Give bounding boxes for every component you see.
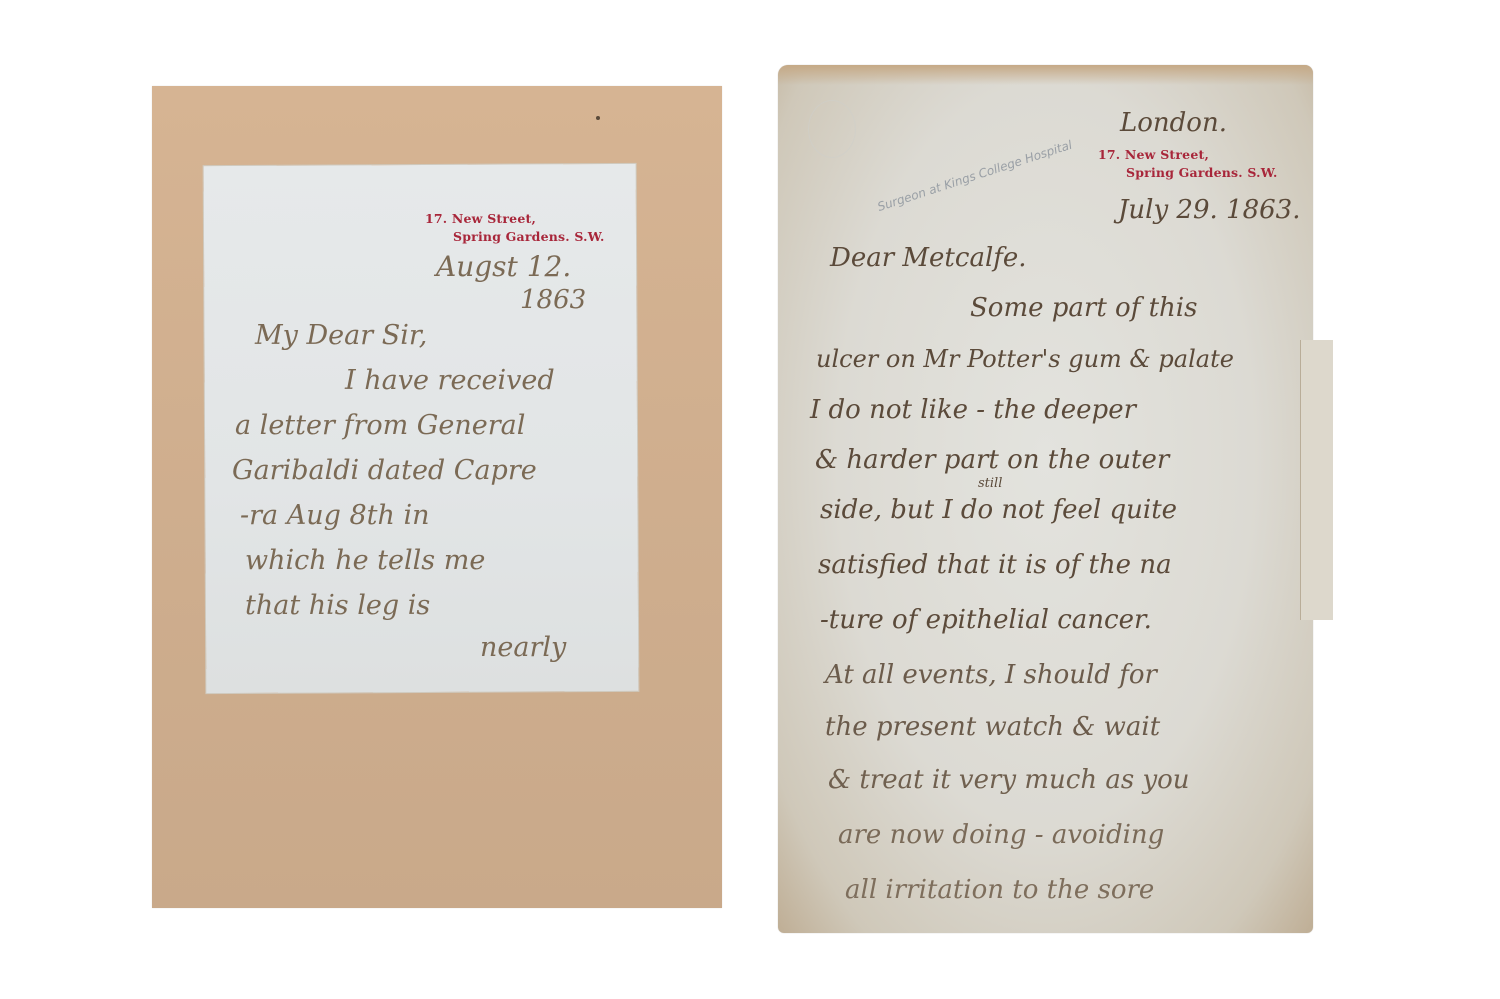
right-place: London. [1120, 108, 1227, 138]
insertion-still: still [978, 476, 1002, 491]
left-body-line: My Dear Sir, [255, 320, 427, 351]
right-letterhead: 17. New Street, Spring Gardens. S.W. [1098, 146, 1278, 182]
right-body-line: all irritation to the sore [845, 875, 1154, 905]
folded-edge [1300, 340, 1333, 620]
right-body-line: ulcer on Mr Potter's gum & palate [816, 345, 1234, 373]
right-body-line: At all events, I should for [825, 660, 1157, 690]
letterhead-line-1: 17. New Street, [1098, 146, 1278, 164]
speck [596, 116, 600, 120]
right-body-line: & treat it very much as you [828, 765, 1190, 795]
right-salutation: Dear Metcalfe. [830, 243, 1027, 273]
left-body-line: nearly [480, 632, 566, 663]
left-body-line: that his leg is [245, 590, 430, 621]
right-body-line: side, but I do not feel quite [820, 495, 1177, 525]
right-body-line: Some part of this [970, 293, 1197, 323]
left-date-line-2: 1863 [520, 285, 586, 315]
right-body-line: I do not like - the deeper [810, 395, 1136, 425]
left-body-line: I have received [345, 365, 555, 396]
left-body-line: Garibaldi dated Capre [232, 455, 537, 486]
right-date: July 29. 1863. [1118, 195, 1300, 225]
left-body-line: a letter from General [235, 410, 525, 441]
left-letterhead: 17. New Street, Spring Gardens. S.W. [425, 210, 605, 246]
right-body-line: the present watch & wait [825, 712, 1160, 742]
right-body-line: & harder part on the outer [815, 445, 1169, 475]
right-body-line: -ture of epithelial cancer. [820, 605, 1152, 635]
stained-edge [778, 65, 1313, 85]
letterhead-line-1: 17. New Street, [425, 210, 605, 228]
right-body-line: are now doing - avoiding [838, 820, 1164, 850]
letterhead-line-2: Spring Gardens. S.W. [1098, 164, 1278, 182]
right-body-line: satisfied that it is of the na [818, 550, 1172, 580]
left-date-line-1: Augst 12. [436, 250, 571, 283]
left-body-line: -ra Aug 8th in [240, 500, 430, 531]
embossed-stamp [808, 100, 856, 158]
left-body-line: which he tells me [245, 545, 485, 576]
letterhead-line-2: Spring Gardens. S.W. [425, 228, 605, 246]
